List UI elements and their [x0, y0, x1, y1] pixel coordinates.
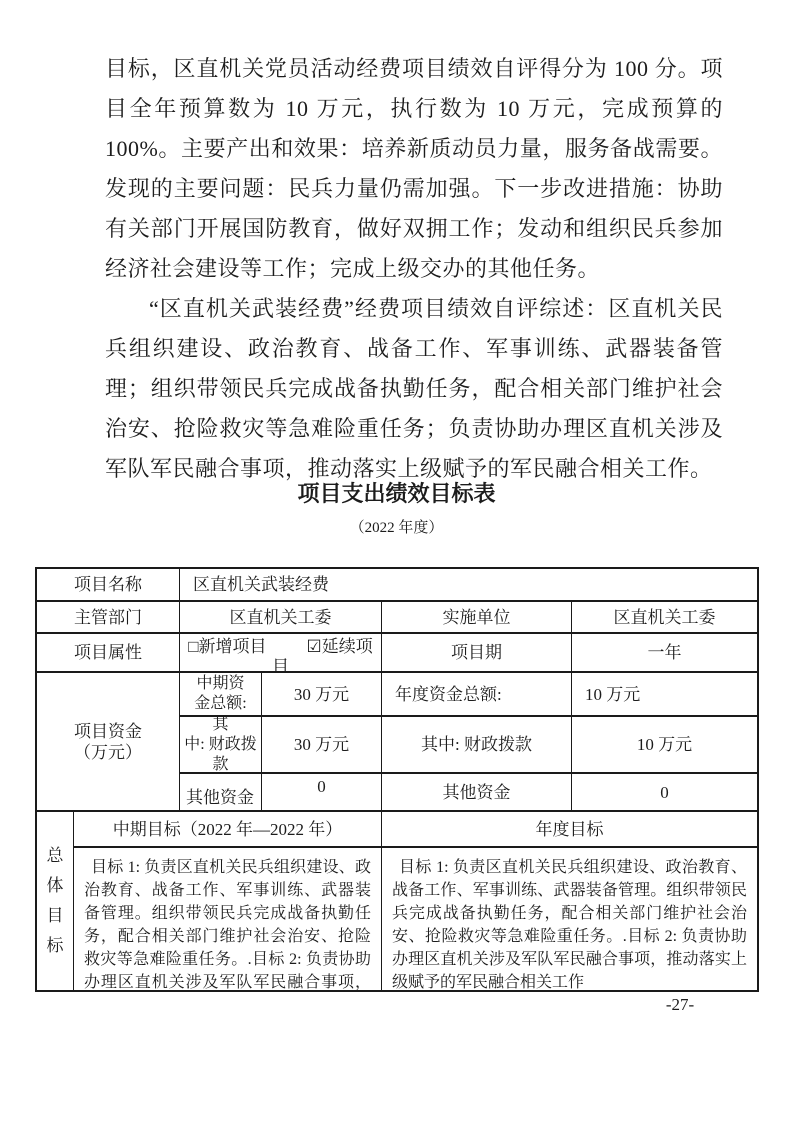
overall-goal-label: 总 体 目 标: [37, 812, 74, 990]
page-number: -27-: [640, 995, 720, 1015]
mid-goal-header: 中期目标（2022 年—2022 年）: [74, 812, 382, 848]
annual-fiscal-value: 10 万元: [572, 717, 757, 774]
implementer-value: 区直机关工委: [572, 602, 757, 634]
paragraph-self-evaluation: 目标，区直机关党员活动经费项目绩效自评得分为 100 分。项目全年预算数为 10…: [105, 49, 723, 289]
performance-target-table: 项目名称 区直机关武装经费 主管部门 区直机关工委 实施单位 区直机关工委 项目…: [35, 567, 759, 992]
attributes-options: □新增项目☑延续项目: [180, 634, 382, 673]
annual-fiscal-label: 其中: 财政拨款: [382, 717, 572, 774]
table-title: 项目支出绩效目标表: [0, 480, 793, 508]
mid-total-label: 中期资 金总额:: [180, 673, 262, 717]
table-subtitle: （2022 年度）: [0, 518, 793, 538]
checkbox-new-project: □新增项目: [188, 637, 266, 656]
mid-other-value: 0: [262, 774, 382, 812]
checkbox-continue-project: ☑延续项目: [272, 637, 373, 673]
annual-other-value: 0: [572, 774, 757, 812]
annual-total-label: 年度资金总额:: [382, 673, 572, 717]
document-page: 目标，区直机关党员活动经费项目绩效自评得分为 100 分。项目全年预算数为 10…: [0, 0, 793, 1122]
annual-goal-text: 目标 1: 负责区直机关民兵组织建设、政治教育、战备工作、军事训练、武器装备管理…: [382, 848, 757, 990]
period-label: 项目期: [382, 634, 572, 673]
annual-other-label: 其他资金: [382, 774, 572, 812]
annual-total-value: 10 万元: [572, 673, 757, 717]
mid-goal-text: 目标 1: 负责区直机关民兵组织建设、政治教育、战备工作、军事训练、武器装备管理…: [74, 848, 382, 990]
funds-label: 项目资金 （万元）: [37, 673, 180, 812]
period-value: 一年: [572, 634, 757, 673]
annual-goal-header: 年度目标: [382, 812, 757, 848]
mid-other-label: 其他资金: [180, 774, 262, 812]
implementer-label: 实施单位: [382, 602, 572, 634]
mid-fiscal-label: 其 中: 财政拨 款: [180, 717, 262, 774]
body-text-block: 目标，区直机关党员活动经费项目绩效自评得分为 100 分。项目全年预算数为 10…: [105, 49, 723, 489]
mid-total-value: 30 万元: [262, 673, 382, 717]
attributes-label: 项目属性: [37, 634, 180, 673]
project-name-value: 区直机关武装经费: [180, 569, 757, 602]
department-label: 主管部门: [37, 602, 180, 634]
paragraph-summary: “区直机关武装经费”经费项目绩效自评综述：区直机关民兵组织建设、政治教育、战备工…: [105, 289, 723, 489]
department-value: 区直机关工委: [180, 602, 382, 634]
mid-fiscal-value: 30 万元: [262, 717, 382, 774]
project-name-label: 项目名称: [37, 569, 180, 602]
